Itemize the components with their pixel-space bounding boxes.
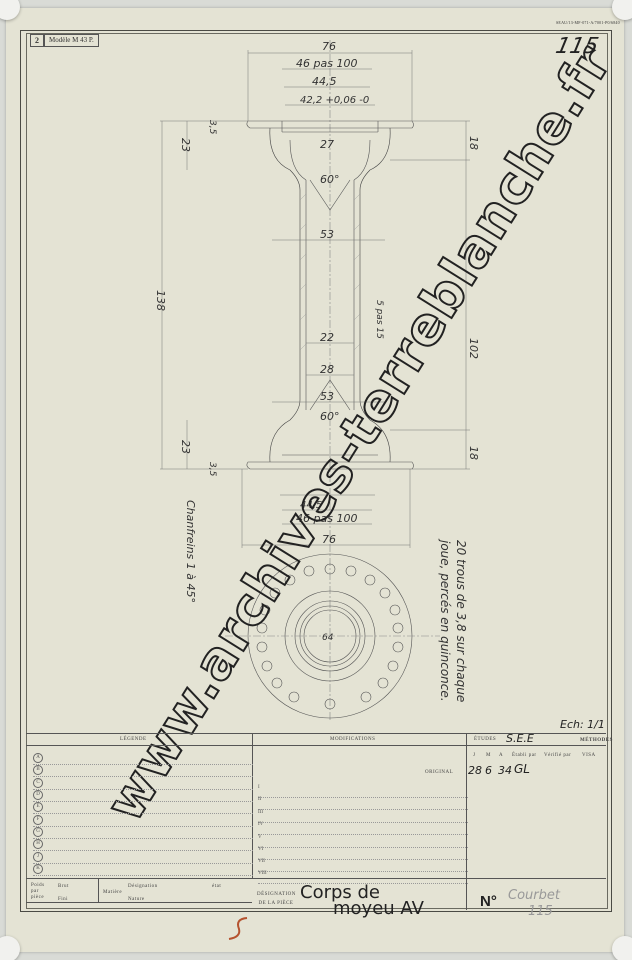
fini-label: Fini	[58, 897, 68, 902]
modification-row: IV	[258, 822, 468, 835]
svg-text:53: 53	[320, 228, 334, 241]
legend-item: G	[33, 827, 43, 837]
svg-text:22: 22	[320, 331, 334, 344]
svg-text:18: 18	[467, 446, 480, 460]
designation-material-label: Désignation	[128, 884, 158, 889]
svg-text:18: 18	[467, 136, 480, 150]
svg-text:76: 76	[322, 40, 336, 53]
legend-item: A	[33, 753, 43, 763]
modifications-header: MODIFICATIONS	[330, 737, 375, 742]
chamfer-note: Chanfreins 1 à 45°	[184, 500, 197, 603]
divider	[26, 902, 252, 903]
modification-row: II	[258, 797, 468, 810]
divider	[98, 878, 99, 902]
etabli-signature: GL	[514, 762, 530, 776]
divider	[26, 745, 606, 746]
legend-item: E	[33, 802, 43, 812]
legend-item: H	[33, 839, 43, 849]
legend-item: C	[33, 778, 43, 788]
svg-text:23: 23	[179, 138, 192, 152]
holes-note-line1: 20 trous de 3,8 sur chaque	[454, 540, 468, 702]
etat-label: état	[212, 884, 221, 889]
etudes-label: ÉTUDES	[474, 737, 496, 742]
col-a: A	[499, 753, 503, 758]
designation-piece-label: DÉSIGNATION DE LA PIÈCE	[257, 890, 295, 908]
date-m: 6	[485, 764, 492, 777]
date-j: 28	[468, 764, 482, 777]
svg-text:44,5: 44,5	[312, 75, 337, 88]
svg-text:3,5: 3,5	[207, 462, 217, 477]
brut-label: Brut	[58, 884, 69, 889]
svg-text:42,2 +0,06 -0: 42,2 +0,06 -0	[300, 95, 369, 106]
original-label: ORIGINAL	[425, 770, 453, 775]
svg-text:28: 28	[320, 363, 334, 376]
number-label: N°	[480, 893, 497, 910]
poids-label: Poids par pièce	[31, 883, 45, 901]
col-verifie: Vérifié par	[544, 753, 571, 758]
etudes-value: S.E.E	[506, 732, 534, 745]
date-a: 34	[498, 764, 512, 777]
svg-text:64: 64	[322, 633, 334, 643]
methodes-label: MÉTHODES	[580, 738, 613, 743]
red-pencil-mark	[225, 915, 255, 945]
svg-text:5 pas 15: 5 pas 15	[374, 300, 384, 339]
number-value-line2: 115	[528, 904, 553, 919]
nature-label: Nature	[128, 897, 145, 902]
svg-text:53: 53	[320, 390, 334, 403]
legend-header: LÉGENDE	[120, 737, 147, 742]
matiere-label: Matière	[103, 890, 122, 895]
scale-label: Ech: 1/1	[560, 718, 605, 731]
svg-text:60°: 60°	[320, 173, 340, 186]
col-etabli: Établi par	[512, 753, 537, 758]
col-visa: VISA	[582, 753, 596, 758]
col-m: M	[486, 753, 491, 758]
svg-text:23: 23	[179, 440, 192, 454]
legend-item: D	[33, 790, 43, 800]
legend-item: B	[33, 765, 43, 775]
legend-item: F	[33, 815, 43, 825]
svg-text:102: 102	[467, 338, 480, 359]
legend-item: J	[33, 852, 43, 862]
legend-item: K	[33, 864, 43, 874]
holes-note-line2: joue, percés en quinconce.	[438, 540, 452, 702]
piece-name-line2: moyeu AV	[333, 898, 424, 919]
svg-text:27: 27	[320, 138, 334, 151]
col-j: J	[473, 753, 475, 758]
svg-text:138: 138	[154, 290, 167, 311]
svg-text:46 pas 100: 46 pas 100	[296, 57, 357, 70]
number-value-line1: Courbet	[508, 888, 560, 903]
svg-text:3,5: 3,5	[207, 120, 217, 135]
